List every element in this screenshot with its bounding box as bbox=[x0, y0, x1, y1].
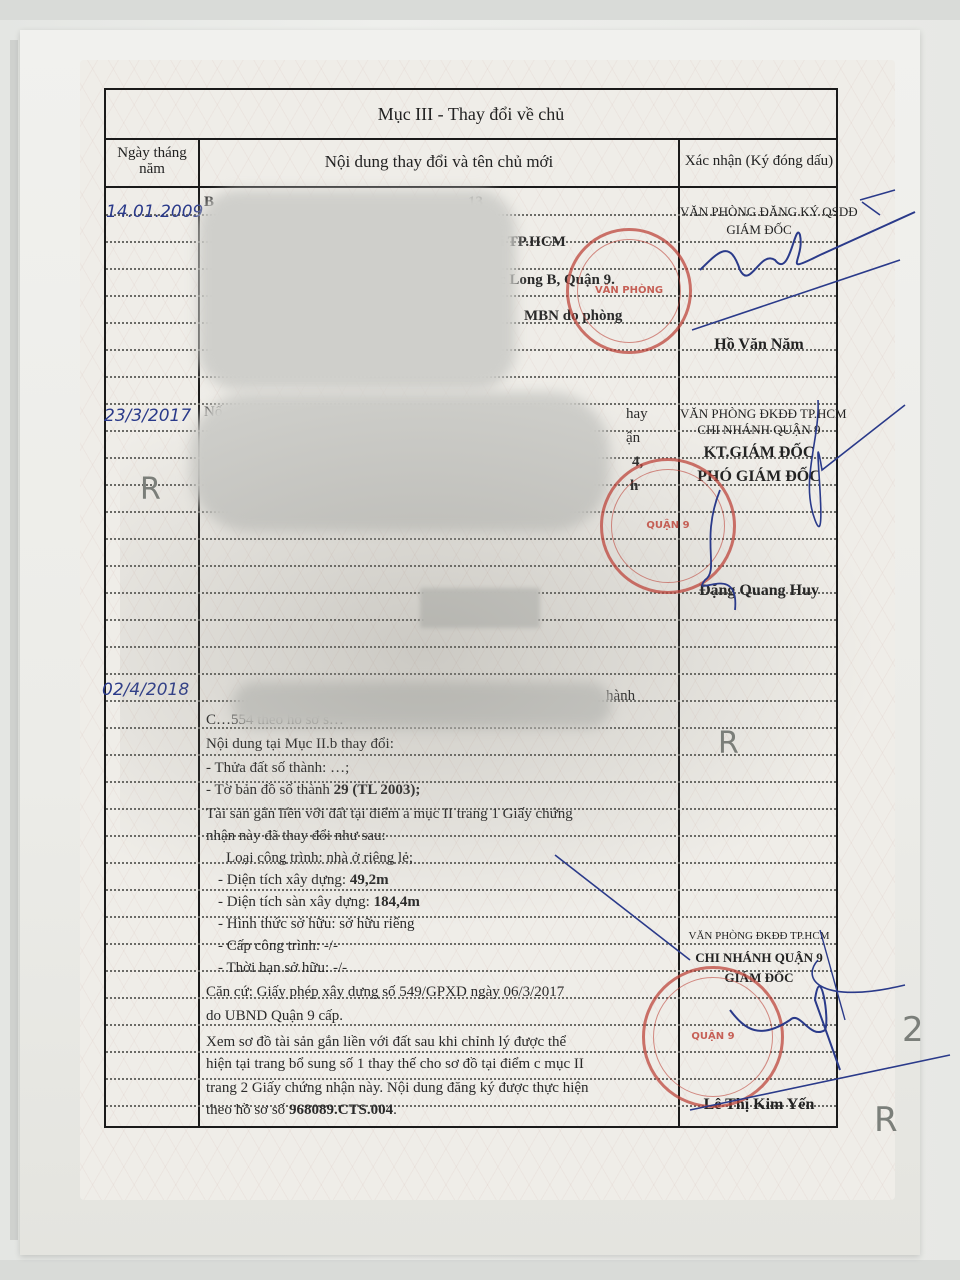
outer-margin-note-2: 2 bbox=[902, 1010, 924, 1050]
outer-margin-note-r: R bbox=[874, 1100, 898, 1140]
signature-strokes bbox=[0, 0, 960, 1280]
